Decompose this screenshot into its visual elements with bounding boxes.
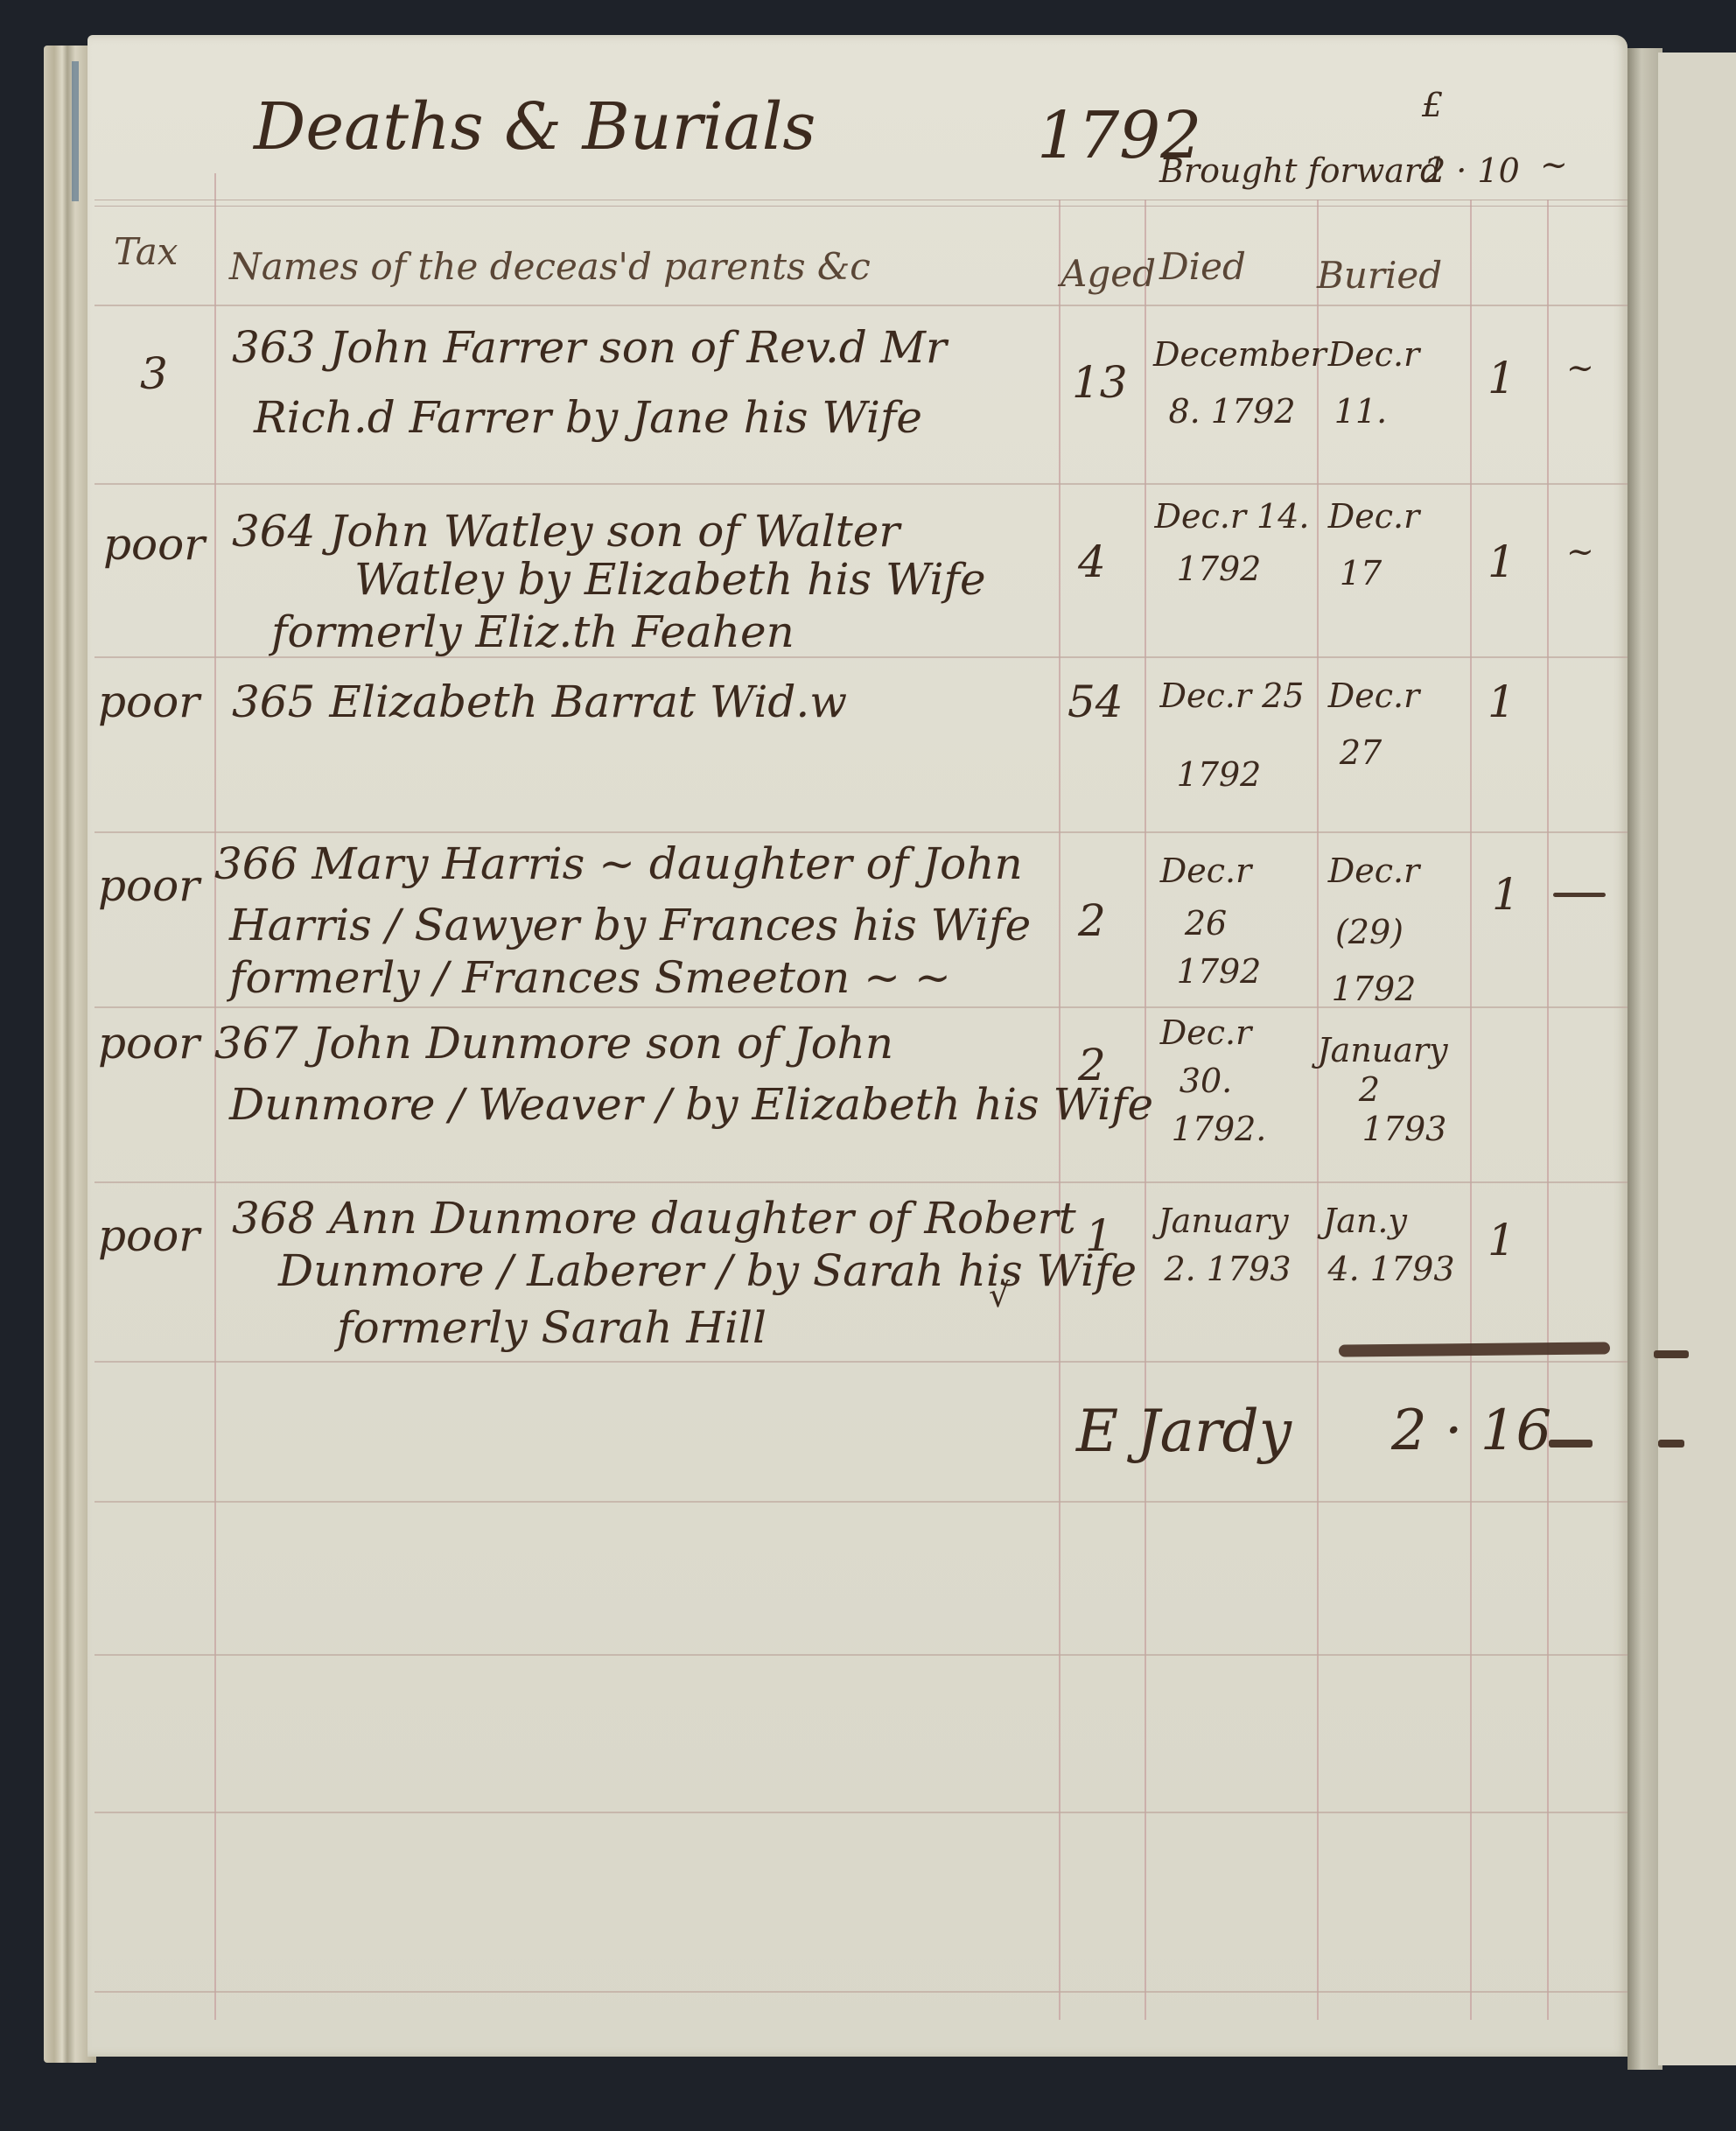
entry-aged: 1 xyxy=(1085,1212,1113,1260)
entry-name-line: 368 Ann Dunmore daughter of Robert xyxy=(232,1195,1076,1243)
entry-died-line: 26 xyxy=(1153,906,1258,943)
entry-tax: poor xyxy=(98,1212,199,1260)
entry-tax: poor xyxy=(98,1020,199,1068)
entry-name-line: Harris / Sawyer by Frances his Wife xyxy=(229,901,1031,950)
header-double-rule xyxy=(94,200,1627,207)
entry-buried-line: 1792 xyxy=(1321,971,1426,1008)
entry-count: 1 xyxy=(1492,871,1520,919)
entry-count: 1 xyxy=(1487,1216,1515,1265)
entry-buried-line: Dec.r xyxy=(1321,678,1426,715)
row-rule xyxy=(94,1181,1627,1183)
entry-name-line: 364 John Watley son of Walter xyxy=(232,508,899,556)
entry-died-line: Dec.r xyxy=(1153,1015,1258,1052)
entry-died-line: Dec.r 14. xyxy=(1153,499,1311,536)
entry-count: 1 xyxy=(1487,354,1515,403)
entry-buried-line: 17 xyxy=(1321,556,1400,592)
entry-died-line: January xyxy=(1153,1203,1293,1240)
header-aged: Aged xyxy=(1060,254,1156,294)
entry-buried-line: (29) xyxy=(1321,915,1417,951)
entry-count: 1 xyxy=(1487,678,1515,726)
entry-died-line: 1792 xyxy=(1153,757,1284,794)
brought-forward-label: Brought forward xyxy=(1159,153,1441,190)
column-rule-buried xyxy=(1317,200,1319,2020)
entry-buried-line: January xyxy=(1317,1033,1448,1069)
total-amount: 2 · 16 xyxy=(1391,1400,1551,1462)
entry-mark-dash xyxy=(1553,893,1606,897)
entry-buried-line: 1793 xyxy=(1339,1111,1470,1148)
currency-symbol: £ xyxy=(1422,88,1443,124)
header-buried: Buried xyxy=(1317,256,1442,296)
entry-tax: poor xyxy=(98,678,199,726)
entry-name-line: 366 Mary Harris ~ daughter of John xyxy=(214,840,1023,888)
entry-name-line: formerly Sarah Hill xyxy=(337,1304,766,1352)
column-rule-extra1 xyxy=(1470,200,1472,2020)
entry-died-line: 1792. xyxy=(1153,1111,1284,1148)
entry-aged: 2 xyxy=(1078,897,1106,945)
entry-tax: poor xyxy=(98,862,199,910)
check-mark: √ xyxy=(989,1278,1010,1314)
entry-name-line: formerly / Frances Smeeton ~ ~ xyxy=(229,954,951,1002)
entry-died-line: 1792 xyxy=(1153,954,1284,991)
entry-died-line: December xyxy=(1153,337,1311,374)
entry-aged: 13 xyxy=(1072,359,1128,407)
entry-buried-line: Jan.y xyxy=(1317,1203,1413,1240)
entry-buried-line: 4. 1793 xyxy=(1317,1251,1466,1288)
entry-name-line: Dunmore / Weaver / by Elizabeth his Wife xyxy=(229,1081,1153,1129)
entry-count: 1 xyxy=(1487,538,1515,586)
entry-buried-line: 2 xyxy=(1317,1072,1422,1109)
brought-forward-trail: ~ xyxy=(1540,147,1568,184)
blue-marker-tab xyxy=(72,61,79,201)
total-trail-facing xyxy=(1658,1440,1684,1448)
entry-buried-line: Dec.r xyxy=(1321,337,1426,374)
entry-buried-line: 11. xyxy=(1321,394,1400,431)
total-underline-facing xyxy=(1654,1350,1689,1358)
entry-died-line: 30. xyxy=(1153,1063,1258,1100)
entry-buried-line: 27 xyxy=(1321,735,1400,772)
entry-died-line: Dec.r xyxy=(1153,853,1258,890)
entry-aged: 2 xyxy=(1078,1041,1106,1090)
entry-died-line: Dec.r 25 xyxy=(1153,678,1311,715)
entry-died-line: 1792 xyxy=(1153,551,1284,588)
header-died: Died xyxy=(1159,247,1246,287)
row-rule xyxy=(94,1991,1627,1993)
header-tax: Tax xyxy=(114,232,178,272)
entry-died-line: 8. 1792 xyxy=(1153,394,1311,431)
brought-forward-amount: 2 · 10 xyxy=(1424,153,1520,190)
entry-name-line: formerly Eliz.th Feahen xyxy=(271,608,794,656)
row-rule xyxy=(94,483,1627,485)
row-rule xyxy=(94,1654,1627,1656)
header-names: Names of the deceas'd parents &c xyxy=(229,247,871,287)
entry-buried-line: Dec.r xyxy=(1321,853,1426,890)
row-rule xyxy=(94,1812,1627,1813)
entry-tax: 3 xyxy=(140,350,168,398)
row-rule xyxy=(94,1361,1627,1363)
column-rule-extra2 xyxy=(1547,200,1549,2020)
entry-aged: 54 xyxy=(1067,678,1123,726)
book-gutter xyxy=(1627,48,1662,2070)
entry-name-line: 363 John Farrer son of Rev.d Mr xyxy=(232,324,947,372)
total-trail-dash xyxy=(1549,1440,1592,1448)
signature: E Jardy xyxy=(1076,1400,1291,1464)
facing-page xyxy=(1658,53,1736,2065)
entry-name-line: 367 John Dunmore son of John xyxy=(214,1020,893,1068)
entry-mark: ~ xyxy=(1566,534,1594,571)
entry-aged: 4 xyxy=(1078,538,1106,586)
entry-died-line: 2. 1793 xyxy=(1153,1251,1302,1288)
column-rule-tax xyxy=(214,173,216,2020)
entry-name-line: Watley by Elizabeth his Wife xyxy=(354,556,986,604)
entry-buried-line: Dec.r xyxy=(1321,499,1426,536)
row-rule xyxy=(94,305,1627,306)
row-rule xyxy=(94,1501,1627,1503)
entry-mark: ~ xyxy=(1566,350,1594,387)
entry-tax: poor xyxy=(103,521,205,569)
row-rule xyxy=(94,831,1627,833)
entry-name-line: 365 Elizabeth Barrat Wid.w xyxy=(232,678,847,726)
entry-name-line: Rich.d Farrer by Jane his Wife xyxy=(254,394,922,442)
page-title: Deaths & Burials xyxy=(254,92,815,163)
